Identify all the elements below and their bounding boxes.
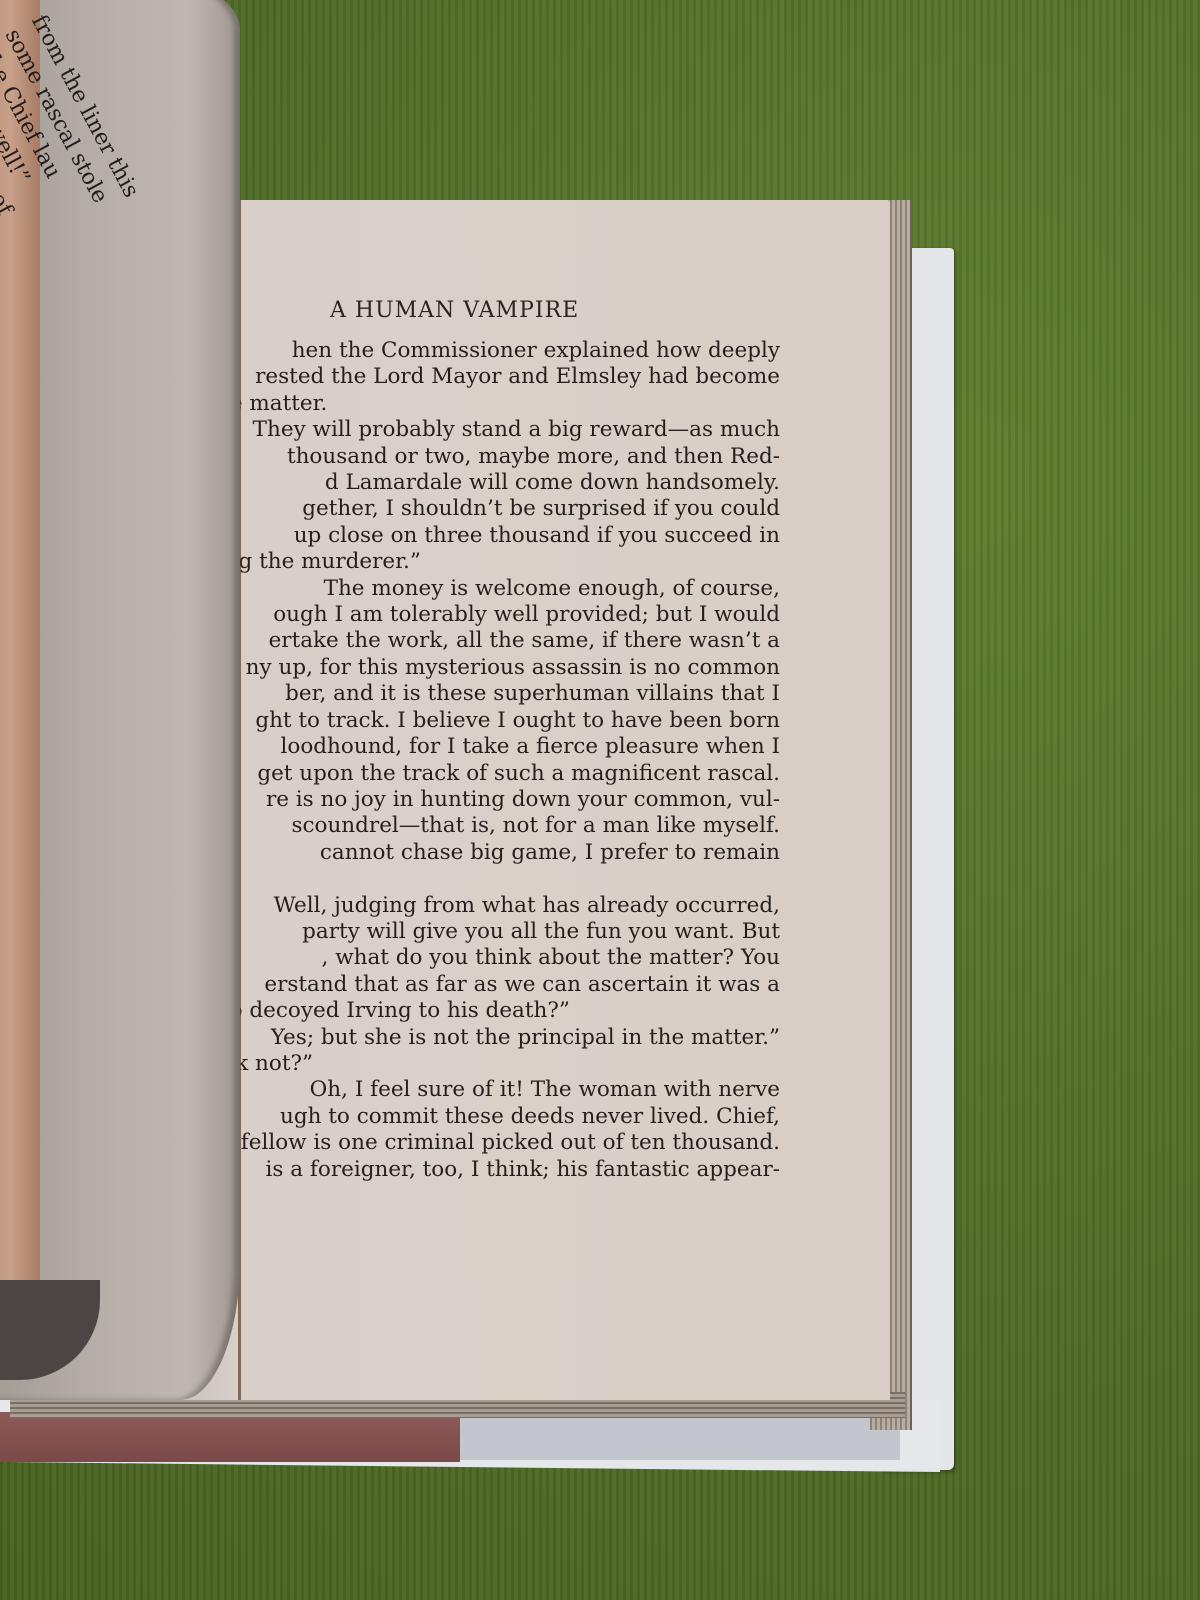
left-page-curl (0, 1280, 100, 1380)
book-cover-cloth-strip (0, 1412, 460, 1462)
left-page-curled: from the liner this some rascal stole Th… (0, 0, 240, 1400)
book-cover-grey-strip (460, 1418, 900, 1460)
running-head: A HUMAN VAMPIRE (330, 298, 579, 323)
right-page: A HUMAN VAMPIRE hen the Commissioner exp… (130, 200, 890, 1400)
